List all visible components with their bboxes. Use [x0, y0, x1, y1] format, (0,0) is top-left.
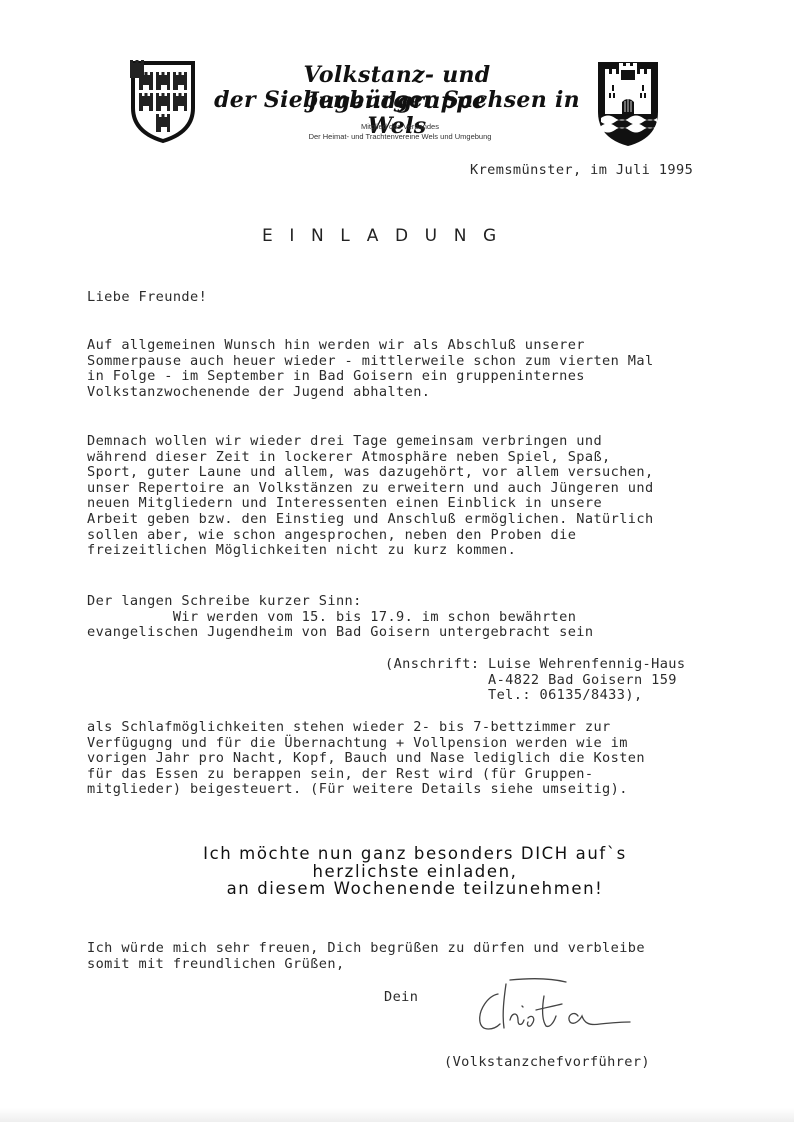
- text-line: Wir werden vom 15. bis 17.9. im schon be…: [87, 610, 593, 626]
- address-block: (Anschrift: Luise Wehrenfennig-Haus A-48…: [385, 657, 685, 704]
- paragraph-2: Demnach wollen wir wieder drei Tage geme…: [87, 434, 654, 559]
- text-line: sollen aber, wie schon angesprochen, neb…: [87, 528, 654, 544]
- paragraph-3: Der langen Schreibe kurzer Sinn: Wir wer…: [87, 594, 593, 641]
- text-line: unser Repertoire an Volkstänzen zu erwei…: [87, 481, 654, 497]
- text-line: evangelischen Jugendheim von Bad Goisern…: [87, 625, 593, 641]
- invitation-line: an diesem Wochenende teilzunehmen!: [80, 880, 750, 898]
- text-line: Ich würde mich sehr freuen, Dich begrüße…: [87, 941, 645, 957]
- text-line: Sport, guter Laune und allem, was dazuge…: [87, 465, 654, 481]
- letterhead-subtitle-line2: Der Heimat- und Trachtenvereine Wels und…: [250, 132, 550, 142]
- address-line: A-4822 Bad Goisern 159: [385, 673, 685, 689]
- page-title: EINLADUNG: [262, 226, 513, 246]
- text-line: Arbeit geben bzw. den Einstieg und Ansch…: [87, 512, 654, 528]
- text-line: für das Essen zu berappen sein, der Rest…: [87, 767, 645, 783]
- text-line: in Folge - im September in Bad Goisern e…: [87, 369, 654, 385]
- shield-seven-towers-icon: [130, 60, 196, 144]
- text-line: Der langen Schreibe kurzer Sinn:: [87, 594, 593, 610]
- text-line: neuen Mitgliedern und Interessenten eine…: [87, 496, 654, 512]
- closing: Ich würde mich sehr freuen, Dich begrüße…: [87, 941, 645, 972]
- paragraph-4: als Schlafmöglichkeiten stehen wieder 2-…: [87, 720, 645, 798]
- handwritten-signature-icon: [470, 976, 640, 1038]
- castle-waves-crest-icon: [595, 60, 661, 148]
- address-line: Tel.: 06135/8433),: [385, 688, 685, 704]
- place-date: Kremsmünster, im Juli 1995: [470, 163, 693, 179]
- text-line: somit mit freundlichen Grüßen,: [87, 957, 645, 973]
- signer-role: (Volkstanzchefvorführer): [444, 1055, 650, 1071]
- text-line: Sommerpause auch heuer wieder - mittlerw…: [87, 354, 654, 370]
- text-line: Demnach wollen wir wieder drei Tage geme…: [87, 434, 654, 450]
- text-line: vorigen Jahr pro Nacht, Kopf, Bauch und …: [87, 751, 645, 767]
- letterhead-subtitle-line1: Mitglied des Verbandes: [250, 122, 550, 132]
- text-line: während dieser Zeit in lockerer Atmosphä…: [87, 450, 654, 466]
- sign-prefix: Dein: [384, 990, 418, 1006]
- text-line: als Schlafmöglichkeiten stehen wieder 2-…: [87, 720, 645, 736]
- address-line: (Anschrift: Luise Wehrenfennig-Haus: [385, 657, 685, 673]
- paragraph-1: Auf allgemeinen Wunsch hin werden wir al…: [87, 338, 654, 400]
- scan-edge-shadow: [0, 1108, 794, 1122]
- text-line: Verfügugng und für die Übernachtung + Vo…: [87, 736, 645, 752]
- text-line: mitglieder) beigesteuert. (Für weitere D…: [87, 782, 645, 798]
- invitation-line: Ich möchte nun ganz besonders DICH auf`s: [80, 845, 750, 863]
- text-line: Auf allgemeinen Wunsch hin werden wir al…: [87, 338, 654, 354]
- salutation: Liebe Freunde!: [87, 290, 207, 306]
- text-line: Volkstanzwochenende der Jugend abhalten.: [87, 385, 654, 401]
- text-line: freizeitlichen Möglichkeiten nicht zu ku…: [87, 543, 654, 559]
